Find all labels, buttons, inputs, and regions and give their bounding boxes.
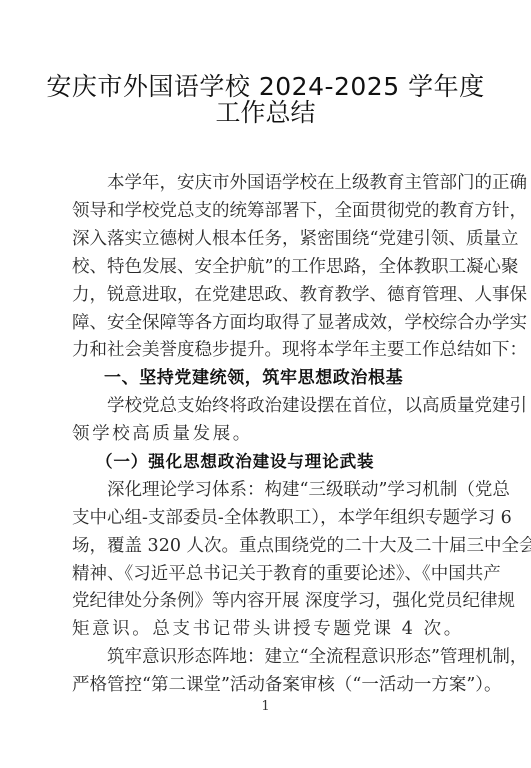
paragraph-line: 支中心组-支部委员-全体教职工），本学年组织专题学习 6 [72, 504, 462, 532]
paragraph-line: 精神、《习近平总书记关于教育的重要论述》、《中国共产 [72, 560, 462, 588]
paragraph-line: 领导和学校党总支的统筹部署下，全面贯彻党的教育方针， [72, 197, 462, 225]
paragraph-line: 深入落实立德树人根本任务，紧密围绕“党建引领、质量立 [72, 225, 462, 253]
paragraph-line: 学校党总支始终将政治建设摆在首位，以高质量党建引 [107, 392, 462, 420]
paragraph-line: 党纪律处分条例》等内容开展 深度学习，强化党员纪律规 [72, 587, 462, 615]
subsection-heading: （一）强化思想政治建设与理论武装 [96, 448, 456, 476]
paragraph-line: 场，覆盖 320 人次。重点围绕党的二十大及二十届三中全会 [72, 532, 462, 560]
section-heading: 一、坚持党建统领，筑牢思想政治根基 [104, 364, 464, 392]
paragraph-line: 筑牢意识形态阵地：建立“全流程意识形态”管理机制， [107, 643, 462, 671]
document-title-line-1: 安庆市外国语学校 2024-2025 学年度 [0, 74, 531, 100]
paragraph-line: 障、安全保障等各方面均取得了显著成效，学校综合办学实 [72, 309, 462, 337]
page-number: 1 [0, 699, 531, 714]
paragraph-line: 领学校高质量发展。 [72, 420, 462, 448]
paragraph-line: 校、特色发展、安全护航”的工作思路，全体教职工凝心聚 [72, 253, 462, 281]
document-title-line-2: 工作总结 [0, 100, 531, 126]
paragraph-line: 严格管控“第二课堂”活动备案审核（“一活动一方案”）。 [72, 671, 462, 699]
paragraph-line: 深化理论学习体系：构建“三级联动”学习机制（党总 [107, 476, 462, 504]
paragraph-line: 本学年，安庆市外国语学校在上级教育主管部门的正确 [107, 169, 462, 197]
paragraph-line: 力和社会美誉度稳步提升。现将本学年主要工作总结如下： [72, 336, 462, 364]
paragraph-line: 矩意识。总支书记带头讲授专题党课 4 次。 [72, 615, 462, 643]
paragraph-line: 力，锐意进取，在党建思政、教育教学、德育管理、人事保 [72, 281, 462, 309]
